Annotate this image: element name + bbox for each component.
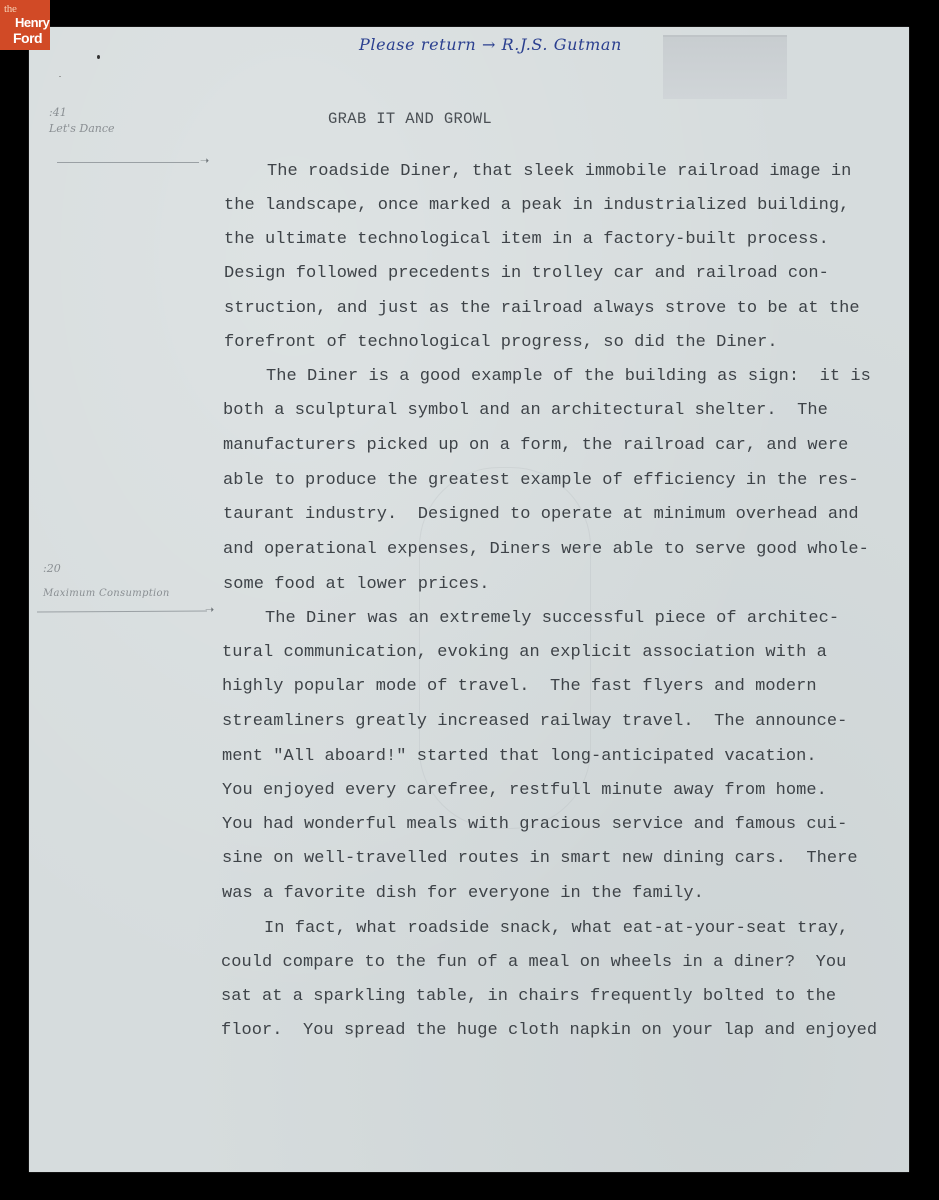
- text-line: was a favorite dish for everyone in the …: [222, 884, 704, 904]
- text-line: The roadside Diner, that sleek immobile …: [267, 162, 851, 182]
- ink-speck: [59, 76, 61, 77]
- text-line: both a sculptural symbol and an architec…: [223, 401, 828, 421]
- text-line: The Diner is a good example of the build…: [266, 367, 871, 387]
- text-line: able to produce the greatest example of …: [223, 471, 859, 491]
- text-line: streamliners greatly increased railway t…: [222, 712, 847, 732]
- text-line: sine on well-travelled routes in smart n…: [222, 849, 858, 869]
- arrow-right-icon: ➝: [205, 603, 214, 616]
- text-line: You had wonderful meals with gracious se…: [222, 815, 847, 835]
- document-title: GRAB IT AND GROWL: [328, 110, 492, 128]
- text-line: struction, and just as the railroad alwa…: [224, 299, 860, 319]
- margin-pointer-line: [57, 162, 199, 163]
- henry-ford-logo: the Henry Ford: [0, 0, 50, 50]
- text-line: and operational expenses, Diners were ab…: [223, 540, 869, 560]
- text-line: The Diner was an extremely successful pi…: [265, 609, 839, 629]
- text-line: tural communication, evoking an explicit…: [222, 643, 827, 663]
- redacted-region: [663, 35, 787, 99]
- ink-speck: [97, 55, 100, 59]
- margin-note-number: :20: [43, 562, 61, 575]
- text-line: In fact, what roadside snack, what eat-a…: [264, 919, 848, 939]
- margin-note-label: Maximum Consumption: [43, 588, 170, 599]
- text-line: Design followed precedents in trolley ca…: [224, 264, 829, 284]
- typewritten-page: Please return → R.J.S. Gutman :41 Let's …: [29, 27, 909, 1172]
- text-line: some food at lower prices.: [223, 575, 490, 595]
- margin-note-label: Let's Dance: [49, 122, 115, 135]
- text-line: manufacturers picked up on a form, the r…: [223, 436, 848, 456]
- arrow-right-icon: ➝: [200, 154, 209, 167]
- text-line: highly popular mode of travel. The fast …: [222, 677, 817, 697]
- logo-ford: Ford: [13, 30, 42, 46]
- text-line: You enjoyed every carefree, restfull min…: [222, 781, 827, 801]
- text-line: the ultimate technological item in a fac…: [224, 230, 829, 250]
- text-line: could compare to the fun of a meal on wh…: [221, 953, 846, 973]
- logo-henry: Henry: [15, 15, 49, 30]
- text-line: the landscape, once marked a peak in ind…: [224, 196, 849, 216]
- text-line: floor. You spread the huge cloth napkin …: [221, 1021, 877, 1041]
- margin-note-number: :41: [49, 106, 67, 119]
- text-line: forefront of technological progress, so …: [224, 333, 778, 353]
- text-line: sat at a sparkling table, in chairs freq…: [221, 987, 836, 1007]
- text-line: ment "All aboard!" started that long-ant…: [222, 747, 817, 767]
- margin-pointer-line: [37, 611, 207, 613]
- text-line: taurant industry. Designed to operate at…: [223, 505, 859, 525]
- return-note: Please return → R.J.S. Gutman: [359, 35, 622, 54]
- logo-the: the: [4, 3, 17, 15]
